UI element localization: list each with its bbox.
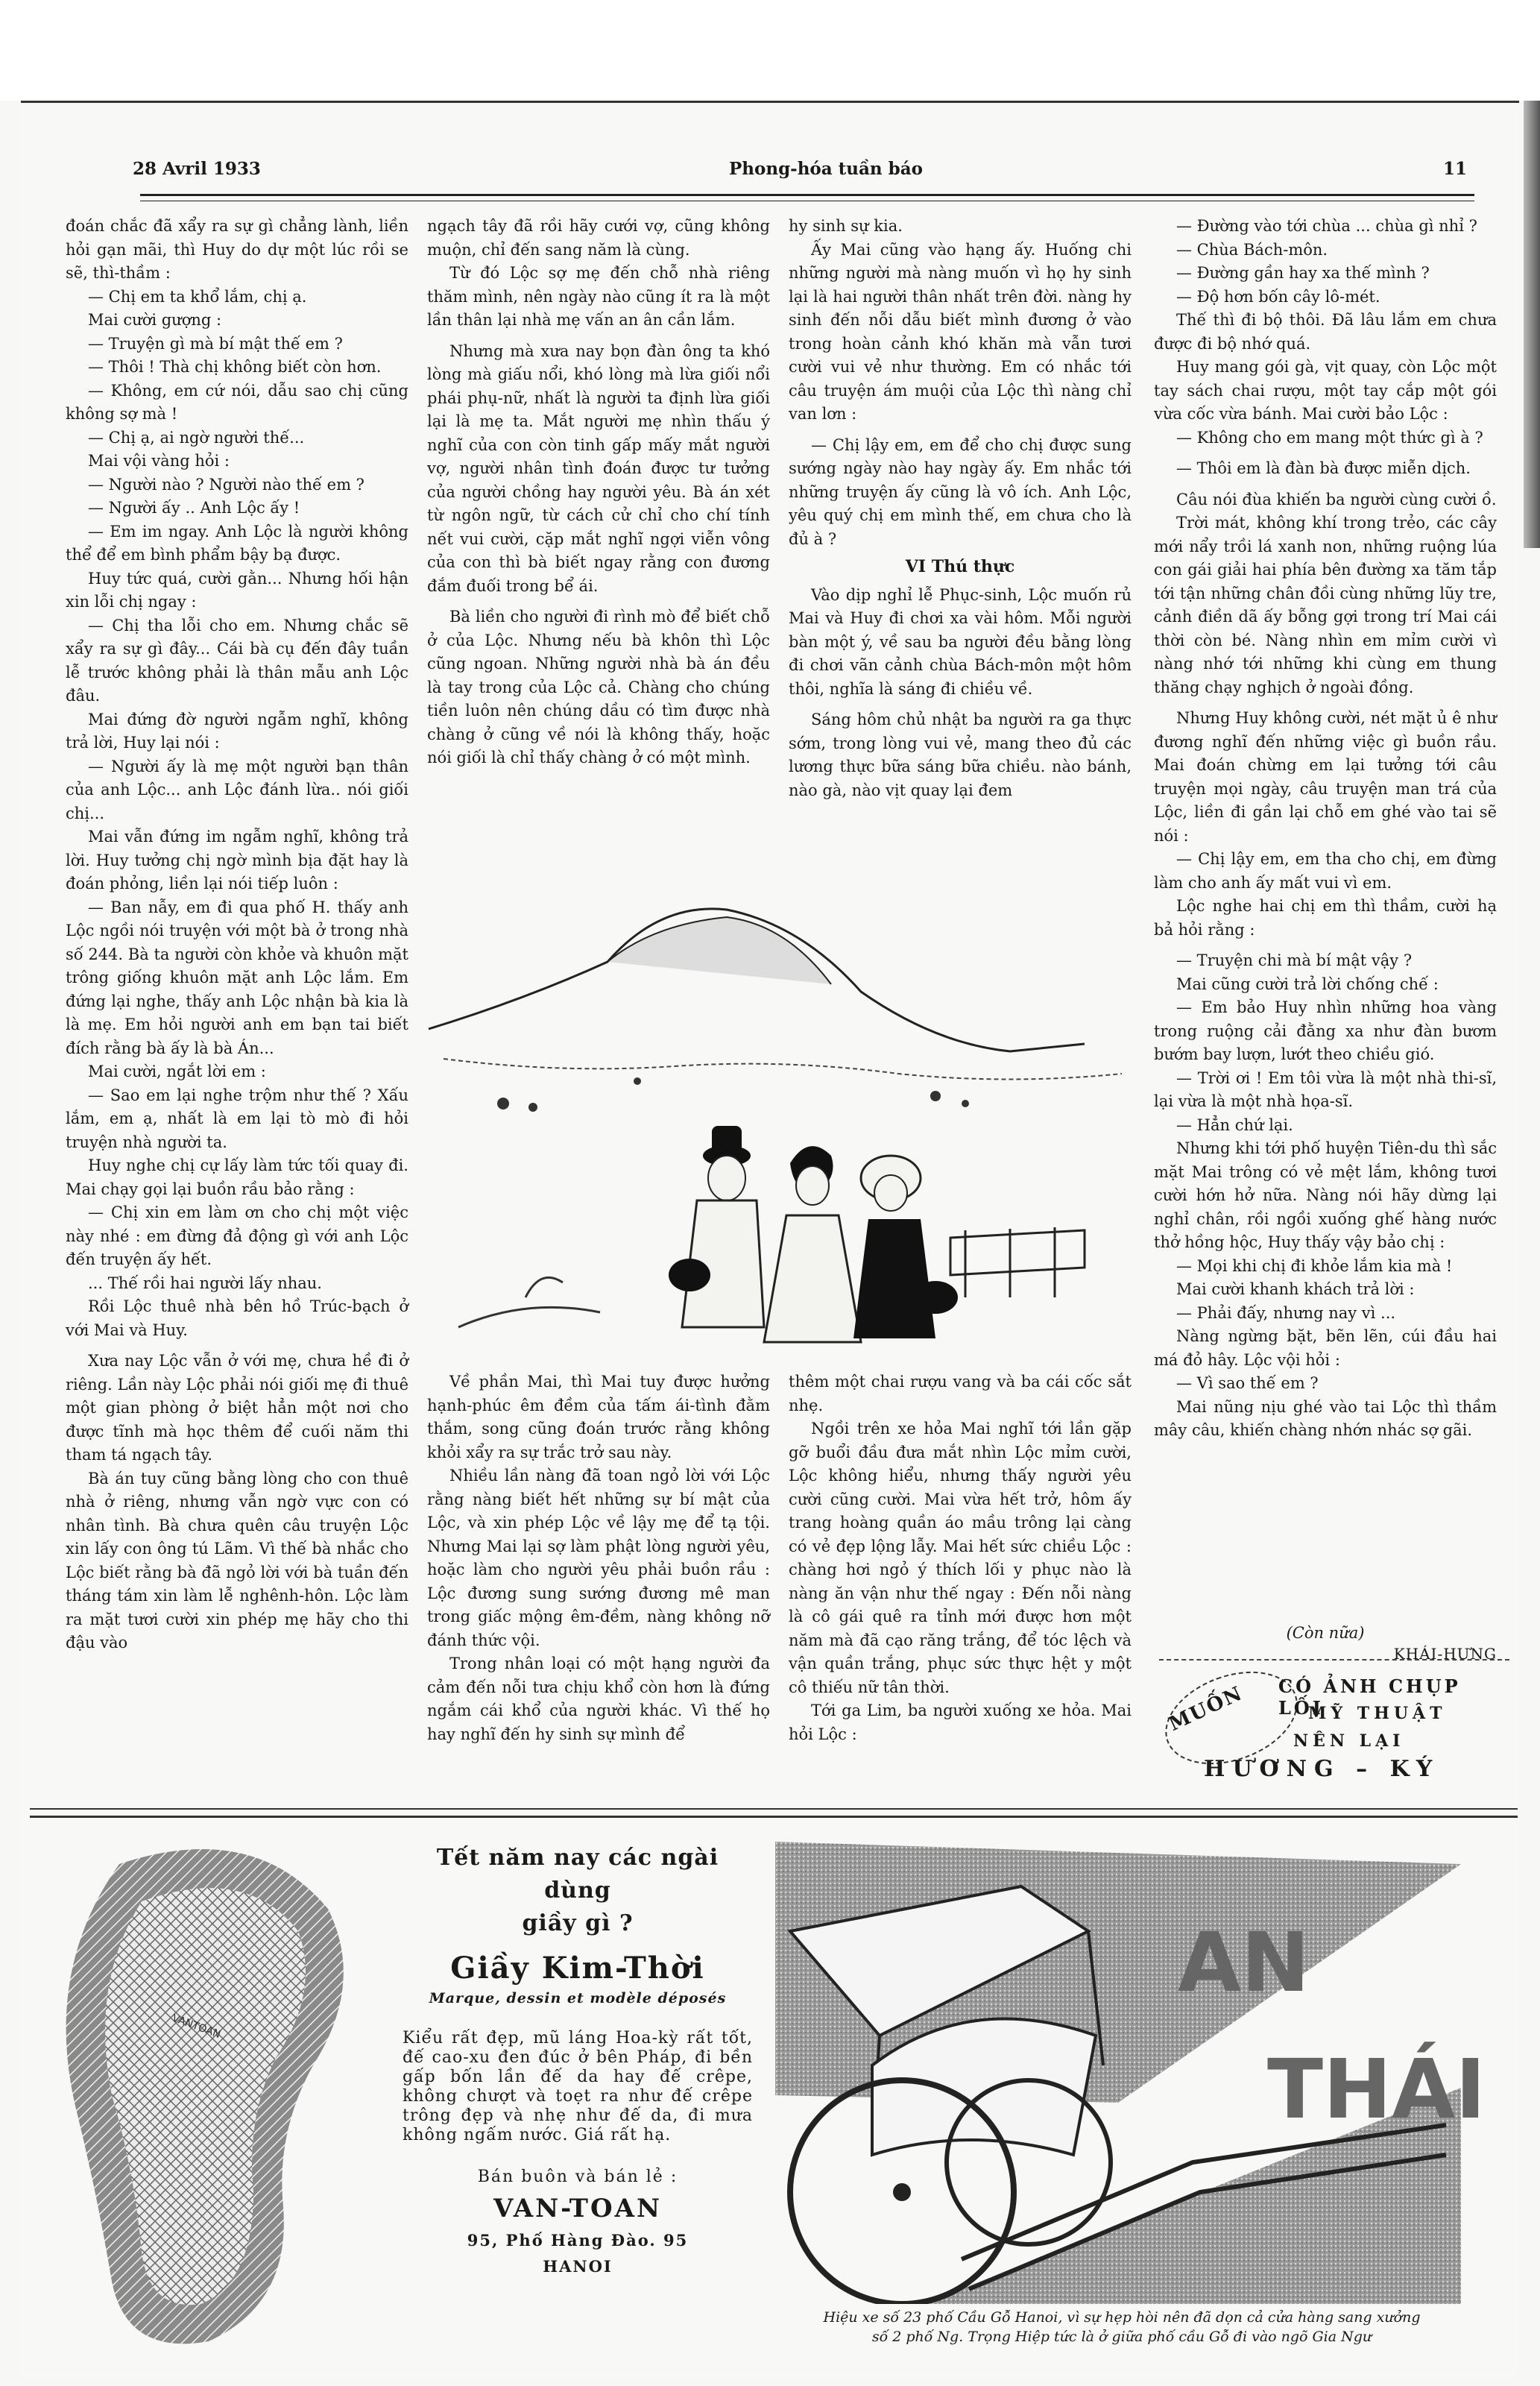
walking-figures-illustration <box>414 880 1167 1357</box>
story-paragraph: — Đường gần hay xa thế mình ? <box>1154 262 1497 286</box>
story-paragraph: Huy tức quá, cười gằn... Nhưng hối hận x… <box>66 567 408 614</box>
story-paragraph: — Truyện chi mà bí mật vậy ? <box>1154 949 1497 973</box>
story-paragraph: — Người ấy .. Anh Lộc ấy ! <box>66 497 408 520</box>
story-paragraph: — Không cho em mang một thức gì à ? <box>1154 426 1497 450</box>
story-paragraph: — Phải đấy, nhưng nay vì ... <box>1154 1302 1497 1326</box>
story-paragraph: Huy mang gói gà, vịt quay, còn Lộc một t… <box>1154 356 1497 426</box>
story-paragraph: — Thôi ! Thà chị không biết còn hơn. <box>66 356 408 380</box>
to-be-continued: (Còn nữa) <box>1287 1624 1365 1642</box>
story-paragraph: — Chị ạ, ai ngờ người thế... <box>66 426 408 450</box>
story-paragraph: ngạch tây đã rồi hãy cưới vợ, cũng không… <box>427 215 770 262</box>
shoe-sole-image: VANTOAN <box>30 1819 388 2356</box>
caption-line-2: số 2 phố Ng. Trọng Hiệp tức là ở giữa ph… <box>760 2327 1483 2346</box>
story-paragraph: Về phần Mai, thì Mai tuy được hưởng hạnh… <box>427 1370 770 1464</box>
story-column-3-top: hy sinh sự kia.Ấy Mai cũng vào hạng ấy. … <box>789 215 1132 802</box>
story-paragraph: Lộc nghe hai chị em thì thầm, cười hạ bả… <box>1154 895 1497 942</box>
shoe-brand: Giầy Kim-Thời <box>403 1951 753 1986</box>
story-paragraph: — Truyện gì mà bí mật thế em ? <box>66 333 408 356</box>
story-paragraph: Mai cười khanh khách trả lời : <box>1154 1278 1497 1302</box>
story-paragraph: — Em im ngay. Anh Lộc là người không thể… <box>66 520 408 567</box>
story-paragraph: — Chị lậy em, em tha cho chị, em đừng là… <box>1154 848 1497 895</box>
story-paragraph: Nàng ngừng bặt, bẽn lẽn, cúi đầu hai má … <box>1154 1325 1497 1372</box>
advertisement-rule <box>30 1808 1518 1818</box>
story-paragraph: Nhưng mà xưa nay bọn đàn ông ta khó lòng… <box>427 340 770 599</box>
ad-headline-2: giầy gì ? <box>403 1907 753 1940</box>
scan-top-margin <box>0 0 1540 101</box>
story-paragraph: ... Thế rồi hai người lấy nhau. <box>66 1272 408 1296</box>
story-paragraph: — Người nào ? Người nào thế em ? <box>66 473 408 497</box>
story-column-2-bottom: Về phần Mai, thì Mai tuy được hưởng hạnh… <box>427 1370 770 1746</box>
story-paragraph: — Em bảo Huy nhìn những hoa vàng trong r… <box>1154 996 1497 1067</box>
kim-thoi-shoe-ad: Tết năm nay các ngài dùng giầy gì ? Giầy… <box>403 1842 753 2276</box>
story-paragraph: Thế thì đi bộ thôi. Đã lâu lắm em chưa đ… <box>1154 309 1497 356</box>
story-paragraph: Mai cười gượng : <box>66 309 408 333</box>
publication-title: Phong-hóa tuần báo <box>729 159 923 179</box>
header-rule <box>140 194 1474 201</box>
story-column-3-bottom: thêm một chai rượu vang và ba cái cốc sắ… <box>789 1370 1132 1746</box>
story-paragraph: đoán chắc đã xẩy ra sự gì chẳng lành, li… <box>66 215 408 286</box>
story-paragraph: Nhưng khi tới phố huyện Tiên-du thì sắc … <box>1154 1137 1497 1255</box>
story-paragraph: Bà án tuy cũng bằng lòng cho con thuê nh… <box>66 1467 408 1655</box>
story-paragraph: — Chùa Bách-môn. <box>1154 239 1497 262</box>
story-column-2-top: ngạch tây đã rồi hãy cưới vợ, cũng không… <box>427 215 770 770</box>
brand-thai: THÁI <box>1267 2041 1483 2137</box>
story-paragraph: Ấy Mai cũng vào hạng ấy. Huống chi những… <box>789 239 1132 426</box>
story-paragraph: hy sinh sự kia. <box>789 215 1132 239</box>
story-paragraph: — Vì sao thế em ? <box>1154 1372 1497 1396</box>
story-paragraph: Sáng hôm chủ nhật ba người ra ga thực sớ… <box>789 708 1132 802</box>
shop-address: 95, Phố Hàng Đào. 95 <box>403 2231 753 2250</box>
ad-line-3: NÊN LẠI <box>1293 1731 1404 1751</box>
story-paragraph: — Ban nẫy, em đi qua phố H. thấy anh Lộc… <box>66 896 408 1061</box>
story-paragraph: — Mọi khi chị đi khỏe lắm kia mà ! <box>1154 1255 1497 1279</box>
story-paragraph: — Đường vào tới chùa ... chùa gì nhỉ ? <box>1154 215 1497 239</box>
ad-studio-name: HƯƠNG – KÝ <box>1204 1756 1439 1782</box>
story-paragraph: Rồi Lộc thuê nhà bên hồ Trúc-bạch ở với … <box>66 1295 408 1342</box>
story-paragraph: — Thôi em là đàn bà được miễn dịch. <box>1154 457 1497 481</box>
page-header: 28 Avril 1933 Phong-hóa tuần báo 11 <box>110 159 1474 189</box>
story-paragraph: — Hẳn chứ lại. <box>1154 1114 1497 1138</box>
story-paragraph: Mai cười, ngắt lời em : <box>66 1060 408 1084</box>
story-paragraph: Ngồi trên xe hỏa Mai nghĩ tới lần gặp gỡ… <box>789 1417 1132 1699</box>
story-paragraph: — Trời ơi ! Em tôi vừa là một nhà thi-sĩ… <box>1154 1067 1497 1114</box>
story-paragraph: — Không, em cứ nói, dẫu sao chị cũng khô… <box>66 380 408 426</box>
story-paragraph: Trong nhân loại có một hạng người đa cảm… <box>427 1652 770 1746</box>
story-paragraph: — Chị xin em làm ơn cho chị một việc này… <box>66 1201 408 1272</box>
story-signoff: (Còn nữa) KHÁI-HƯNG <box>1154 1624 1497 1663</box>
story-paragraph: Mai đứng đờ người ngẫm nghĩ, không trả l… <box>66 708 408 755</box>
story-paragraph: Huy nghe chị cự lấy làm tức tối quay đi.… <box>66 1154 408 1201</box>
rickshaw-ad-caption: Hiệu xe số 23 phố Cầu Gỗ Hanoi, vì sự hẹ… <box>760 2308 1483 2346</box>
caption-line-1: Hiệu xe số 23 phố Cầu Gỗ Hanoi, vì sự hẹ… <box>760 2308 1483 2327</box>
chapter-heading: VI Thú thực <box>789 555 1132 579</box>
ad-headline-1: Tết năm nay các ngài dùng <box>403 1842 753 1907</box>
shop-name: VAN-TOAN <box>403 2194 753 2223</box>
story-paragraph: Câu nói đùa khiến ba người cùng cười ồ. <box>1154 488 1497 512</box>
huong-ky-photo-ad: MUỐN CÓ ẢNH CHỤP LỐI MỸ THUẬT NÊN LẠI HƯ… <box>1159 1659 1509 1787</box>
story-paragraph: Bà liền cho người đi rình mò để biết chỗ… <box>427 605 770 770</box>
story-paragraph: Từ đó Lộc sợ mẹ đến chỗ nhà riêng thăm m… <box>427 262 770 333</box>
story-paragraph: Mai vội vàng hỏi : <box>66 450 408 473</box>
issue-date: 28 Avril 1933 <box>133 159 261 179</box>
page-number: 11 <box>1443 159 1467 179</box>
story-paragraph: — Chị em ta khổ lắm, chị ạ. <box>66 286 408 309</box>
shop-city: HANOI <box>403 2257 753 2276</box>
story-paragraph: Tới ga Lim, ba người xuống xe hỏa. Mai h… <box>789 1699 1132 1746</box>
story-paragraph: Mai vẫn đứng im ngẫm nghĩ, không trả lời… <box>66 825 408 896</box>
story-column-4: — Đường vào tới chùa ... chùa gì nhỉ ?— … <box>1154 215 1497 1443</box>
story-paragraph: — Người ấy là mẹ một người bạn thân của … <box>66 755 408 826</box>
story-paragraph: Vào dịp nghỉ lễ Phục-sinh, Lộc muốn rủ M… <box>789 584 1132 702</box>
story-paragraph: Mai nũng nịu ghé vào tai Lộc thì thầm mâ… <box>1154 1396 1497 1443</box>
story-paragraph: Nhưng Huy không cười, nét mặt ủ ê như đư… <box>1154 707 1497 848</box>
story-paragraph: — Sao em lại nghe trộm như thế ? Xấu lắm… <box>66 1084 408 1155</box>
scan-edge-shadow <box>1524 101 1540 548</box>
seller-label: Bán buôn và bán lẻ : <box>403 2168 753 2186</box>
story-paragraph: — Chị tha lỗi cho em. Nhưng chắc sẽ xẩy … <box>66 614 408 708</box>
story-paragraph: Mai cũng cười trả lời chống chế : <box>1154 973 1497 997</box>
an-thai-rickshaw-ad: AN THÁI <box>775 1842 1483 2304</box>
story-paragraph: Nhiều lần nàng đã toan ngỏ lời với Lộc r… <box>427 1464 770 1652</box>
story-column-1: đoán chắc đã xẩy ra sự gì chẳng lành, li… <box>66 215 408 1655</box>
story-paragraph: thêm một chai rượu vang và ba cái cốc sắ… <box>789 1370 1132 1417</box>
story-paragraph: — Độ hơn bốn cây lô-mét. <box>1154 286 1497 309</box>
story-paragraph: — Chị lậy em, em để cho chị được sung sư… <box>789 434 1132 552</box>
trademark-note: Marque, dessin et modèle déposés <box>403 1990 753 2006</box>
story-paragraph: Trời mát, không khí trong trẻo, các cây … <box>1154 511 1497 699</box>
ad-line-2: MỸ THUẬT <box>1308 1704 1447 1723</box>
story-paragraph: Xưa nay Lộc vẫn ở với mẹ, chưa hề đi ở r… <box>66 1350 408 1467</box>
shoe-description: Kiểu rất đẹp, mũ láng Hoa-kỳ rất tốt, đế… <box>403 2029 753 2145</box>
brand-an: AN <box>1178 1915 1310 2010</box>
